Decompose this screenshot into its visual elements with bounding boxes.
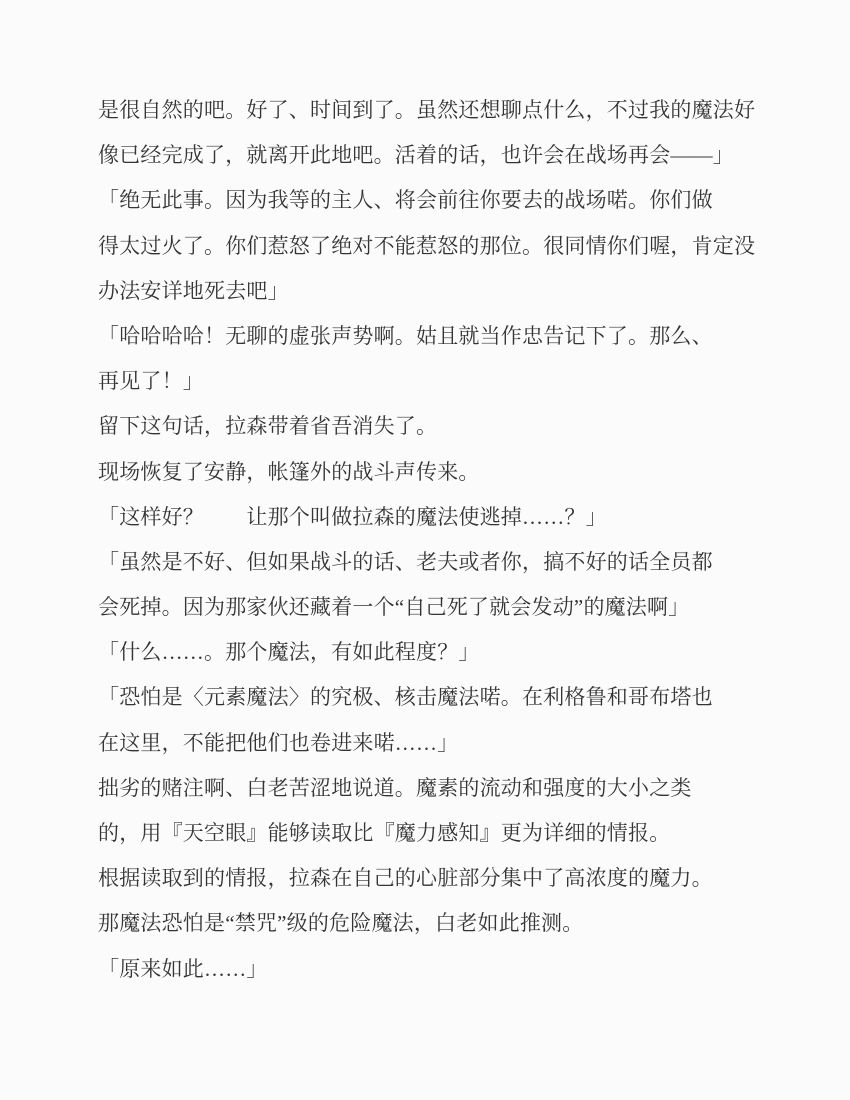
text-line: 「原来如此……」 bbox=[98, 947, 778, 992]
text-line: 「恐怕是〈元素魔法〉的究极、核击魔法喏。在利格鲁和哥布塔也 bbox=[98, 675, 778, 720]
text-line: 「什么……。那个魔法，有如此程度？」 bbox=[98, 630, 778, 675]
text-line: 在这里，不能把他们也卷进来喏……」 bbox=[98, 721, 778, 766]
text-line: 根据读取到的情报，拉森在自己的心脏部分集中了高浓度的魔力。 bbox=[98, 856, 778, 901]
text-line: 那魔法恐怕是“禁咒”级的危险魔法，白老如此推测。 bbox=[98, 901, 778, 946]
text-line: 「这样好？ 让那个叫做拉森的魔法使逃掉……？」 bbox=[98, 495, 778, 540]
text-line: 的，用『天空眼』能够读取比『魔力感知』更为详细的情报。 bbox=[98, 811, 778, 856]
text-line: 会死掉。因为那家伙还藏着一个“自己死了就会发动”的魔法啊」 bbox=[98, 585, 778, 630]
text-line: 像已经完成了，就离开此地吧。活着的话，也许会在战场再会——」 bbox=[98, 133, 778, 178]
text-line: 得太过火了。你们惹怒了绝对不能惹怒的那位。很同情你们喔，肯定没 bbox=[98, 224, 778, 269]
novel-text-block: 是很自然的吧。好了、时间到了。虽然还想聊点什么，不过我的魔法好 像已经完成了，就… bbox=[98, 88, 778, 992]
text-line: 「哈哈哈哈！无聊的虚张声势啊。姑且就当作忠告记下了。那么、 bbox=[98, 314, 778, 359]
text-line: 「虽然是不好、但如果战斗的话、老夫或者你，搞不好的话全员都 bbox=[98, 540, 778, 585]
text-line: 再见了！」 bbox=[98, 359, 778, 404]
text-line: 是很自然的吧。好了、时间到了。虽然还想聊点什么，不过我的魔法好 bbox=[98, 88, 778, 133]
text-line: 办法安详地死去吧」 bbox=[98, 269, 778, 314]
text-line: 拙劣的赌注啊、白老苦涩地说道。魔素的流动和强度的大小之类 bbox=[98, 766, 778, 811]
text-line: 现场恢复了安静，帐篷外的战斗声传来。 bbox=[98, 450, 778, 495]
text-line: 留下这句话，拉森带着省吾消失了。 bbox=[98, 404, 778, 449]
novel-page: 是很自然的吧。好了、时间到了。虽然还想聊点什么，不过我的魔法好 像已经完成了，就… bbox=[0, 0, 850, 1100]
text-line: 「绝无此事。因为我等的主人、将会前往你要去的战场喏。你们做 bbox=[98, 178, 778, 223]
